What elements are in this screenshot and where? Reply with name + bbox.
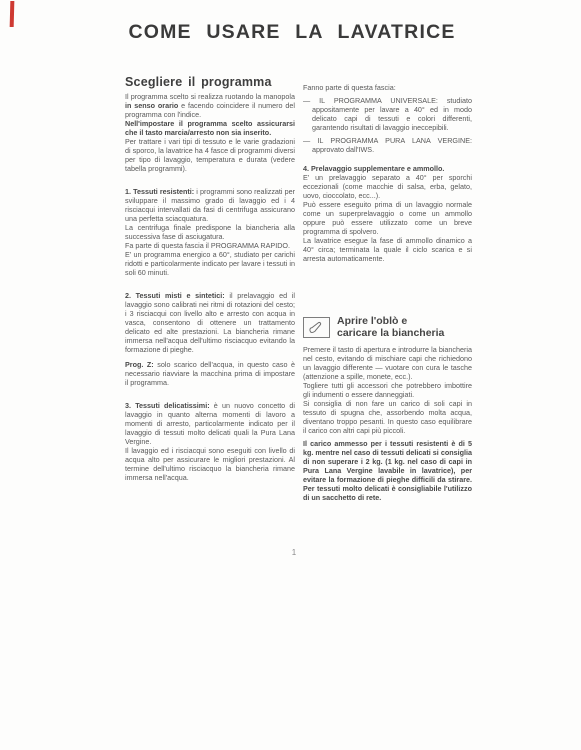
oblo-section-heading: Aprire l'oblò ecaricare la biancheria [303, 315, 472, 339]
body-text: Può essere eseguito prima di un lavaggio… [303, 200, 472, 236]
page-number: 1 [288, 548, 300, 557]
body-text: La centrifuga finale predispone la bianc… [125, 223, 295, 241]
paragraph: Il lavaggio ed i risciacqui sono eseguit… [125, 446, 295, 482]
section-heading-scegliere: Scegliere il programma [125, 78, 295, 87]
paragraph: Nell'impostare il programma scelto assic… [125, 119, 295, 137]
paragraph: Fa parte di questa fascia il PROGRAMMA R… [125, 241, 295, 250]
body-text: Fa parte di questa fascia il PROGRAMMA R… [125, 241, 290, 250]
bullet-item: — IL PROGRAMMA PURA LANA VERGINE: approv… [303, 136, 472, 154]
body-text: Il lavaggio ed i risciacqui sono eseguit… [125, 446, 295, 482]
bold-text: 4. Prelavaggio supplementare e ammollo. [303, 164, 444, 173]
bold-text: 3. Tessuti delicatissimi: [125, 401, 210, 410]
paragraph: Fanno parte di questa fascia: [303, 83, 472, 92]
paragraph: E' un prelavaggio separato a 40° per spo… [303, 173, 472, 200]
paragraph: Il programma scelto si realizza ruotando… [125, 92, 295, 119]
body-text: Togliere tutti gli accessori che potrebb… [303, 381, 472, 399]
bold-text: Il carico ammesso per i tessuti resisten… [303, 439, 472, 502]
paragraph: Togliere tutti gli accessori che potrebb… [303, 381, 472, 399]
body-text: il prelavaggio ed il lavaggio sono calib… [125, 291, 295, 354]
paragraph: Può essere eseguito prima di un lavaggio… [303, 200, 472, 236]
manual-page: COME USARE LA LAVATRICE Scegliere il pro… [0, 0, 581, 750]
paragraph: Prog. Z: solo scarico dell'acqua, in que… [125, 360, 295, 387]
paragraph: 2. Tessuti misti e sintetici: il prelava… [125, 291, 295, 354]
paragraph: Premere il tasto di apertura e introdurr… [303, 345, 472, 381]
body-text: Fanno parte di questa fascia: [303, 83, 396, 92]
bold-text: 1. Tessuti resistenti: [125, 187, 194, 196]
paragraph: Il carico ammesso per i tessuti resisten… [303, 439, 472, 502]
bold-text: 2. Tessuti misti e sintetici: [125, 291, 225, 300]
body-text: Premere il tasto di apertura e introdurr… [303, 345, 472, 381]
body-text: La lavatrice esegue la fase di ammollo d… [303, 236, 472, 263]
body-text: Il programma scelto si realizza ruotando… [125, 92, 295, 101]
paragraph: 3. Tessuti delicatissimi: è un nuovo con… [125, 401, 295, 446]
body-text: Si consiglia di non fare un carico di so… [303, 399, 472, 435]
paragraph: 1. Tessuti resistenti: i programmi sono … [125, 187, 295, 223]
icon-heading-text: Aprire l'oblò ecaricare la biancheria [337, 315, 444, 339]
paragraph: Per trattare i vari tipi di tessuto e le… [125, 137, 295, 173]
body-text: E' un programma energico a 60°, studiato… [125, 250, 295, 277]
paragraph: La centrifuga finale predispone la bianc… [125, 223, 295, 241]
press-open-door-icon [303, 317, 330, 338]
red-registration-mark [10, 1, 15, 27]
bold-text: Prog. Z: [125, 360, 154, 369]
body-text: — IL PROGRAMMA UNIVERSALE: studiato appo… [303, 96, 472, 132]
bold-text: in senso orario [125, 101, 178, 110]
left-column: Scegliere il programmaIl programma scelt… [125, 78, 295, 482]
body-text: E' un prelavaggio separato a 40° per spo… [303, 173, 472, 200]
bullet-item: — IL PROGRAMMA UNIVERSALE: studiato appo… [303, 96, 472, 132]
right-column: Fanno parte di questa fascia:— IL PROGRA… [303, 78, 472, 502]
body-text: — IL PROGRAMMA PURA LANA VERGINE: approv… [303, 136, 472, 154]
paragraph: Si consiglia di non fare un carico di so… [303, 399, 472, 435]
bold-text: Nell'impostare il programma scelto assic… [125, 119, 295, 137]
body-text: Per trattare i vari tipi di tessuto e le… [125, 137, 295, 173]
paragraph: La lavatrice esegue la fase di ammollo d… [303, 236, 472, 263]
paragraph: 4. Prelavaggio supplementare e ammollo. [303, 164, 472, 173]
paragraph: E' un programma energico a 60°, studiato… [125, 250, 295, 277]
page-title: COME USARE LA LAVATRICE [118, 21, 466, 44]
two-column-layout: Scegliere il programmaIl programma scelt… [125, 78, 472, 502]
